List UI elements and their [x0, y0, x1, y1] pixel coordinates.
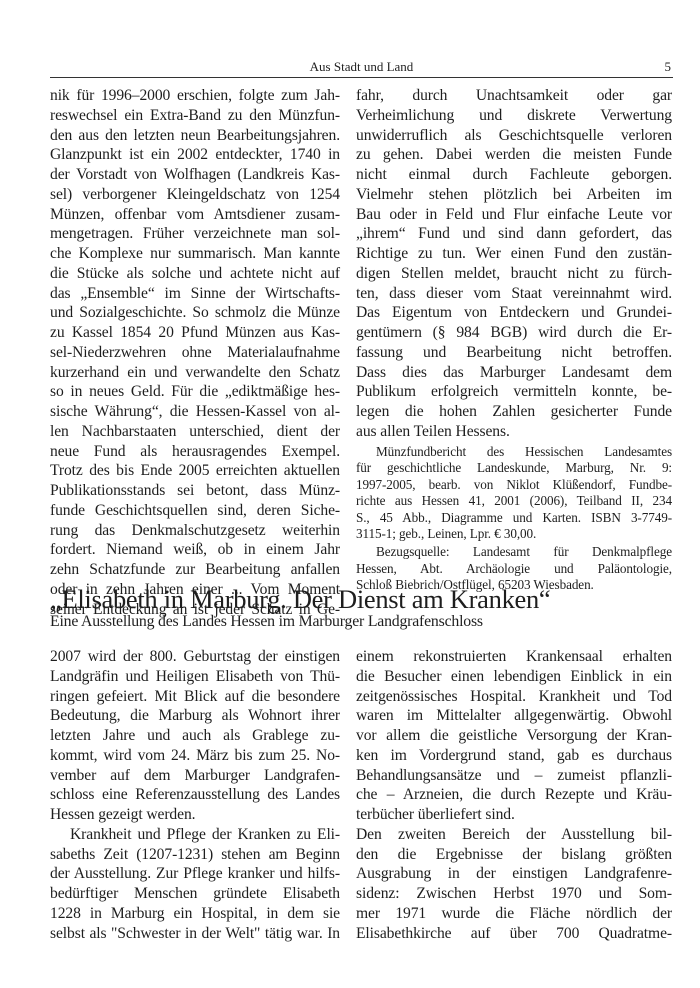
text-line: kurzerhand ein und verwandelte den Schat…	[50, 363, 340, 383]
text-line: einem rekonstruierten Krankensaal erhalt…	[356, 647, 672, 667]
text-line: zu Kassel 1854 20 Pfund Münzen aus Kas-	[50, 323, 340, 343]
text-line: zu gehen. Dabei werden die meisten Funde	[356, 145, 672, 165]
section-title: Aus Stadt und Land	[50, 58, 673, 76]
text-line: Behandlungsansätze und – zumeist pflanzl…	[356, 766, 672, 786]
text-line: „ihrem“ Fund und sind dann gefordert, da…	[356, 224, 672, 244]
text-line: aus allen Teilen Hessens.	[356, 422, 672, 442]
article2-column-left: 2007 wird der 800. Geburtstag der einsti…	[50, 647, 340, 943]
text-line: Bedeutung, die Marburg als Wohnort ihrer	[50, 706, 340, 726]
text-line: Den zweiten Bereich der Ausstellung bil-	[356, 825, 672, 845]
text-line: nik für 1996–2000 erschien, folgte zum J…	[50, 86, 340, 106]
text-line: richte aus Hessen 41, 2001 (2006), Teilb…	[356, 493, 672, 510]
text-line: unwiderruflich als Geschichtsquelle verl…	[356, 126, 672, 146]
text-line: Hessen gezeigt werden.	[50, 805, 340, 825]
article2-paragraph-4: Den zweiten Bereich der Ausstellung bil-…	[356, 825, 672, 944]
text-line: reswechsel ein Extra-Band zu den Münzfun…	[50, 106, 340, 126]
text-line: 2007 wird der 800. Geburtstag der einsti…	[50, 647, 340, 667]
text-line: und Sozialgeschichte. So schmolz die Mün…	[50, 303, 340, 323]
text-line: Hessen, Abt. Archäologie und Paläontolog…	[356, 561, 672, 578]
text-line: Richtige zu tun. Wer einen Fund den zust…	[356, 244, 672, 264]
text-line: fahr, durch Unachtsamkeit oder gar	[356, 86, 672, 106]
text-line: ten, dass dieser vom Staat vereinnahmt w…	[356, 284, 672, 304]
text-line: Krankheit und Pflege der Kranken zu Eli-	[50, 825, 340, 845]
text-line: waren im Mittelalter allgegenwärtig. Obw…	[356, 706, 672, 726]
text-line: den aus den letzten neun Bearbeitungsjah…	[50, 126, 340, 146]
text-line: Bau oder in Feld und Flur einfache Leute…	[356, 205, 672, 225]
article1-column-left: nik für 1996–2000 erschien, folgte zum J…	[50, 86, 340, 619]
text-line: ringen gefeiert. Mit Blick auf die beson…	[50, 687, 340, 707]
text-line: Dass dies das Marburger Landesamt dem	[356, 363, 672, 383]
text-line: rung das Denkmalschutzgesetz weiterhin	[50, 521, 340, 541]
article1-body-continued: fahr, durch Unachtsamkeit oder garVerhei…	[356, 86, 672, 442]
text-line: Münzfundbericht des Hessischen Landesamt…	[356, 444, 672, 461]
text-line: sabeths Zeit (1207-1231) stehen am Begin…	[50, 845, 340, 865]
text-line: Das Eigentum von Entdeckern und Grundei-	[356, 303, 672, 323]
text-line: den die Ergebnisse der bislang größten	[356, 845, 672, 865]
text-line: digen Stellen meldet, braucht nicht zu f…	[356, 264, 672, 284]
text-line: Glanzpunkt ist ein 2002 entdeckter, 1740…	[50, 145, 340, 165]
text-line: Münzen, offenbar vom Amtsdiener zusam-	[50, 205, 340, 225]
text-line: fordert. Niemand weiß, ob in einem Jahr	[50, 540, 340, 560]
text-line: zeitgenössisches Hospital. Krankheit und…	[356, 687, 672, 707]
text-line: neue Fund als herausragendes Exempel.	[50, 442, 340, 462]
text-line: Publikationsstands sei betont, dass Münz…	[50, 481, 340, 501]
article1-column-right: fahr, durch Unachtsamkeit oder garVerhei…	[356, 86, 672, 594]
text-line: für geschichtliche Landeskunde, Marburg,…	[356, 460, 672, 477]
text-line: Ausgrabung in der einstigen Landgrafenre…	[356, 864, 672, 884]
text-line: len Nachbarstaaten unterschied, dient de…	[50, 422, 340, 442]
text-line: vember auf dem Marburger Landgrafen-	[50, 766, 340, 786]
text-line: das „Ensemble“ im Sinne der Wirtschafts-	[50, 284, 340, 304]
text-line: sidenz: Zwischen Herbst 1970 und Som-	[356, 884, 672, 904]
text-line: nicht einmal durch Fachleute geborgen.	[356, 165, 672, 185]
text-line: vor allem die geistliche Versorgung der …	[356, 726, 672, 746]
text-line: sel) verborgener Kleingeldschatz von 125…	[50, 185, 340, 205]
text-line: Landgräfin und Heiligen Elisabeth von Th…	[50, 667, 340, 687]
text-line: funde Geschichtsquellen sind, deren Sich…	[50, 501, 340, 521]
article2-paragraph-3: einem rekonstruierten Krankensaal erhalt…	[356, 647, 672, 825]
book-citation: Münzfundbericht des Hessischen Landesamt…	[356, 444, 672, 544]
text-line: mengetragen. Früher verzeichnete man sol…	[50, 224, 340, 244]
text-line: legen die hohen Zahlen gesicherter Funde	[356, 402, 672, 422]
text-line: 3115-1; geb., Leinen, Lpr. € 30,00.	[356, 526, 672, 543]
article2-paragraph-2: Krankheit und Pflege der Kranken zu Eli-…	[50, 825, 340, 944]
page-number: 5	[665, 58, 672, 76]
text-line: selbst als "Schwester in der Welt" tätig…	[50, 924, 340, 944]
text-line: Trotz des bis Ende 2005 erreichten aktue…	[50, 461, 340, 481]
text-line: che – Arzneien, die durch Rezepte und Kr…	[356, 785, 672, 805]
text-line: der Vorstadt von Wolfhagen (Landkreis Ka…	[50, 165, 340, 185]
text-line: S., 45 Abb., Diagramme und Karten. ISBN …	[356, 510, 672, 527]
text-line: Bezugsquelle: Landesamt für Denkmalpfleg…	[356, 544, 672, 561]
text-line: mer 1971 wurde die Fläche nördlich der	[356, 904, 672, 924]
text-line: 1997-2005, bearb. von Niklot Klüßendorf,…	[356, 477, 672, 494]
text-line: sische Währung“, die Hessen-Kassel von a…	[50, 402, 340, 422]
text-line: der Ausstellung. Zur Pflege kranker und …	[50, 864, 340, 884]
running-header: Aus Stadt und Land 5	[50, 58, 673, 78]
text-line: Publikum erfolgreich vermitteln konnte, …	[356, 382, 672, 402]
text-line: zehn Schatzfunde zur Bearbeitung anfalle…	[50, 560, 340, 580]
text-line: die Stücke als solche und achtete nicht …	[50, 264, 340, 284]
text-line: 1228 in Marburg ein Hospital, in dem sie	[50, 904, 340, 924]
article-title: „Elisabeth in Marburg. Der Dienst am Kra…	[50, 584, 550, 614]
text-line: gentümern (§ 984 BGB) wird durch die Er-	[356, 323, 672, 343]
text-line: letzten Jahre und auch als Grablege zu-	[50, 726, 340, 746]
text-line: schloss eine Referenzausstellung des Lan…	[50, 785, 340, 805]
text-line: Verheimlichung und diskrete Verwertung	[356, 106, 672, 126]
article2-column-right: einem rekonstruierten Krankensaal erhalt…	[356, 647, 672, 943]
article-subtitle: Eine Ausstellung des Landes Hessen im Ma…	[50, 613, 483, 631]
text-line: che Komplexe nur summarisch. Man kannte	[50, 244, 340, 264]
text-line: ken im Vordergrund stand, gab es durchau…	[356, 746, 672, 766]
text-line: fassung und Bearbeitung nicht betroffen.	[356, 343, 672, 363]
text-line: sel-Niederzwehren ohne Materialaufnahme	[50, 343, 340, 363]
text-line: Vielmehr stehen plötzlich bei Arbeiten i…	[356, 185, 672, 205]
text-line: bedürftiger Menschen gründete Elisabeth	[50, 884, 340, 904]
text-line: Elisabethkirche auf über 700 Quadratme-	[356, 924, 672, 944]
text-line: die Besucher einen lebendigen Einblick i…	[356, 667, 672, 687]
article2-paragraph-1: 2007 wird der 800. Geburtstag der einsti…	[50, 647, 340, 825]
text-line: so in neues Geld. Für die „ediktmäßige h…	[50, 382, 340, 402]
text-line: kommt, wird vom 24. März bis zum 25. No-	[50, 746, 340, 766]
text-line: terbücher überliefert sind.	[356, 805, 672, 825]
